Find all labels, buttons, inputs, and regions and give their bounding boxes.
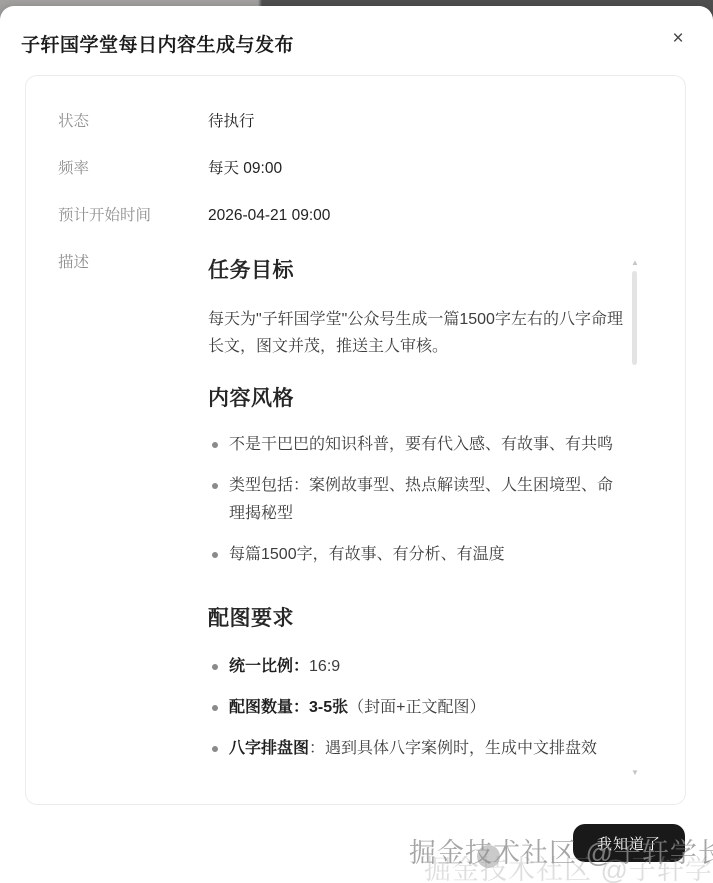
status-value: 待执行 — [208, 112, 655, 132]
acknowledge-button[interactable]: 我知道了 — [573, 824, 685, 862]
frequency-label: 频率 — [58, 159, 208, 179]
description-scrollbar[interactable]: ▲ ▼ — [631, 257, 639, 780]
dialog-title: 子轩国学堂每日内容生成与发布 — [21, 30, 687, 57]
list-item: 八字排盘图：遇到具体八字案例时，生成中文排盘效 — [208, 735, 627, 763]
bullet-bold-text: 配图数量：3-5张 — [229, 699, 348, 716]
bullet-dot-icon — [212, 483, 218, 489]
list-item: 统一比例：16:9 — [208, 653, 627, 681]
bullet-text: 类型包括：案例故事型、热点解读型、人生困境型、命理揭秘型 — [229, 477, 613, 522]
images-bullet-list: 统一比例：16:9 配图数量：3-5张（封面+正文配图） 八字排盘图：遇到具体八… — [208, 653, 627, 763]
list-item: 配图数量：3-5张（封面+正文配图） — [208, 694, 627, 722]
bullet-text: 16:9 — [309, 658, 340, 675]
scrollbar-thumb[interactable] — [632, 271, 637, 365]
bullet-dot-icon — [212, 552, 218, 558]
goal-heading: 任务目标 — [208, 257, 627, 285]
description-label: 描述 — [58, 253, 208, 780]
task-info-card: 状态 待执行 频率 每天 09:00 预计开始时间 2026-04-21 09:… — [25, 75, 686, 805]
task-detail-dialog: 子轩国学堂每日内容生成与发布 × 状态 待执行 频率 每天 09:00 预计开始… — [0, 6, 713, 883]
scroll-up-icon[interactable]: ▲ — [631, 259, 639, 267]
bullet-bold-text: 八字排盘图 — [229, 740, 309, 757]
status-row: 状态 待执行 — [58, 112, 655, 132]
bullet-text: 每篇1500字，有故事、有分析、有温度 — [229, 546, 505, 563]
start-time-label: 预计开始时间 — [58, 206, 208, 226]
list-item: 类型包括：案例故事型、热点解读型、人生困境型、命理揭秘型 — [208, 472, 627, 528]
dialog-footer: 我知道了 — [0, 805, 713, 875]
style-heading: 内容风格 — [208, 385, 627, 413]
scroll-down-icon[interactable]: ▼ — [631, 769, 639, 777]
bullet-bold-text: 统一比例： — [229, 658, 309, 675]
goal-paragraph: 每天为"子轩国学堂"公众号生成一篇1500字左右的八字命理长文，图文并茂，推送主… — [208, 306, 627, 360]
bullet-text: ：遇到具体八字案例时，生成中文排盘效 — [309, 740, 597, 757]
close-icon[interactable]: × — [667, 28, 689, 50]
frequency-row: 频率 每天 09:00 — [58, 159, 655, 179]
images-heading: 配图要求 — [208, 605, 627, 633]
bullet-text: 不是干巴巴的知识科普，要有代入感、有故事、有共鸣 — [229, 436, 613, 453]
start-time-value: 2026-04-21 09:00 — [208, 206, 655, 226]
bullet-dot-icon — [212, 746, 218, 752]
description-scroll-area[interactable]: 任务目标 每天为"子轩国学堂"公众号生成一篇1500字左右的八字命理长文，图文并… — [208, 253, 655, 780]
frequency-value: 每天 09:00 — [208, 159, 655, 179]
list-item: 每篇1500字，有故事、有分析、有温度 — [208, 541, 627, 569]
start-time-row: 预计开始时间 2026-04-21 09:00 — [58, 206, 655, 226]
list-item: 不是干巴巴的知识科普，要有代入感、有故事、有共鸣 — [208, 431, 627, 459]
bullet-text: （封面+正文配图） — [348, 699, 485, 716]
dialog-header: 子轩国学堂每日内容生成与发布 × — [0, 6, 713, 75]
bullet-dot-icon — [212, 442, 218, 448]
description-row: 描述 任务目标 每天为"子轩国学堂"公众号生成一篇1500字左右的八字命理长文，… — [58, 253, 655, 780]
bullet-dot-icon — [212, 664, 218, 670]
bullet-dot-icon — [212, 705, 218, 711]
style-bullet-list: 不是干巴巴的知识科普，要有代入感、有故事、有共鸣 类型包括：案例故事型、热点解读… — [208, 431, 627, 569]
status-label: 状态 — [58, 112, 208, 132]
